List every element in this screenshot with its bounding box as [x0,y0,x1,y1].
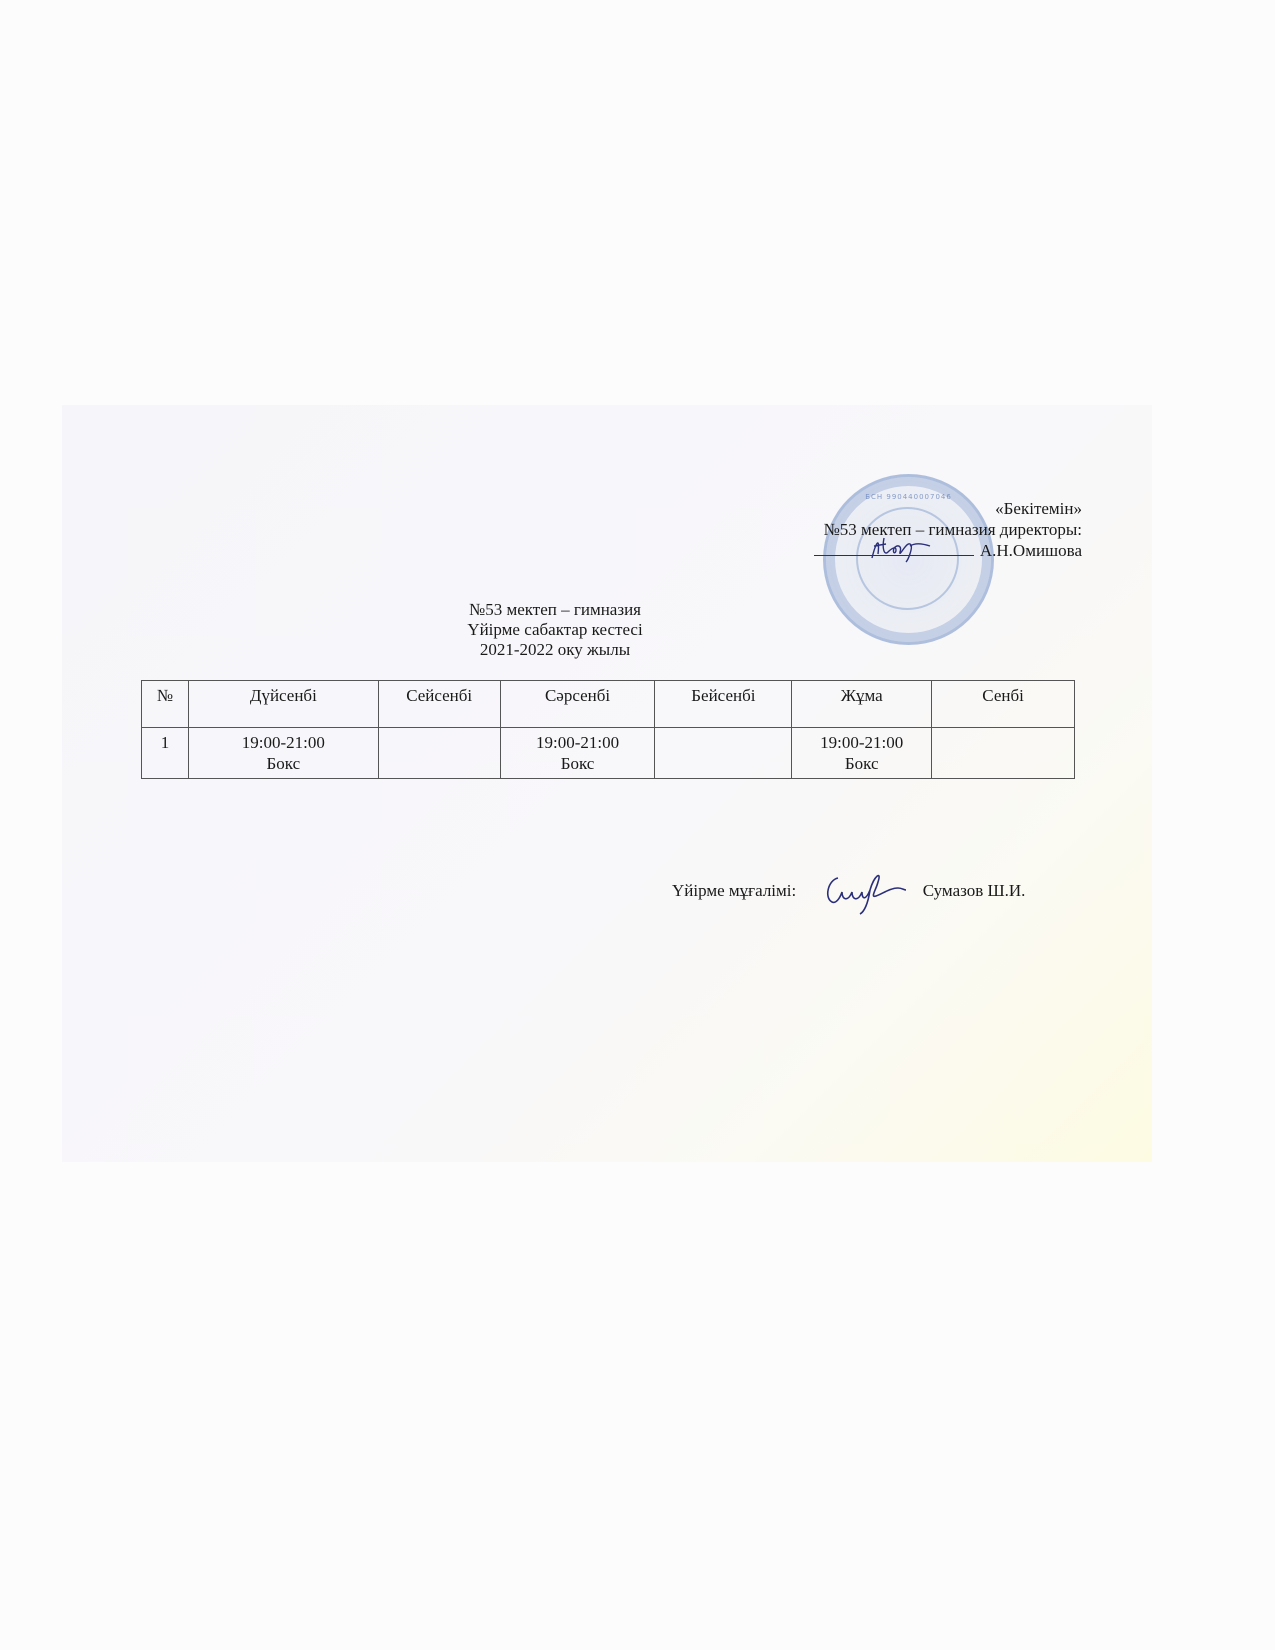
teacher-signature-block: Үйірме мұғалімі: Сумазов Ш.И. [672,868,1025,916]
title-school: №53 мектеп – гимназия [430,600,680,620]
cell-tuesday [378,728,500,779]
teacher-name: Сумазов Ш.И. [923,881,1026,900]
cell-activity: Бокс [796,753,927,774]
cell-thursday [655,728,792,779]
cell-activity: Бокс [505,753,651,774]
approval-block: «Бекітемін» №53 мектеп – гимназия директ… [814,498,1082,561]
cell-friday: 19:00-21:00 Бокс [792,728,932,779]
header-number: № [142,681,189,728]
cell-activity: Бокс [193,753,374,774]
document-title: №53 мектеп – гимназия Үйірме сабактар ке… [430,600,680,660]
row-number: 1 [142,728,189,779]
cell-time: 19:00-21:00 [796,732,927,753]
cell-wednesday: 19:00-21:00 Бокс [500,728,655,779]
director-name: А.Н.Омишова [980,541,1082,560]
cell-time: 19:00-21:00 [193,732,374,753]
teacher-signature-icon [820,868,908,916]
cell-monday: 19:00-21:00 Бокс [188,728,378,779]
schedule-table: № Дүйсенбі Сейсенбі Сәрсенбі Бейсенбі Жұ… [141,680,1075,779]
header-tuesday: Сейсенбі [378,681,500,728]
cell-time: 19:00-21:00 [505,732,651,753]
header-monday: Дүйсенбі [188,681,378,728]
cell-saturday [932,728,1075,779]
title-year: 2021-2022 оку жылы [430,640,680,660]
table-header-row: № Дүйсенбі Сейсенбі Сәрсенбі Бейсенбі Жұ… [142,681,1075,728]
director-signature-icon [866,532,936,564]
header-friday: Жұма [792,681,932,728]
director-position: №53 мектеп – гимназия директоры: [814,519,1082,540]
teacher-label: Үйірме мұғалімі: [672,881,796,900]
title-schedule: Үйірме сабактар кестесі [430,620,680,640]
header-saturday: Сенбі [932,681,1075,728]
approval-heading: «Бекітемін» [814,498,1082,519]
table-row: 1 19:00-21:00 Бокс 19:00-21:00 Бокс 19:0… [142,728,1075,779]
header-wednesday: Сәрсенбі [500,681,655,728]
header-thursday: Бейсенбі [655,681,792,728]
